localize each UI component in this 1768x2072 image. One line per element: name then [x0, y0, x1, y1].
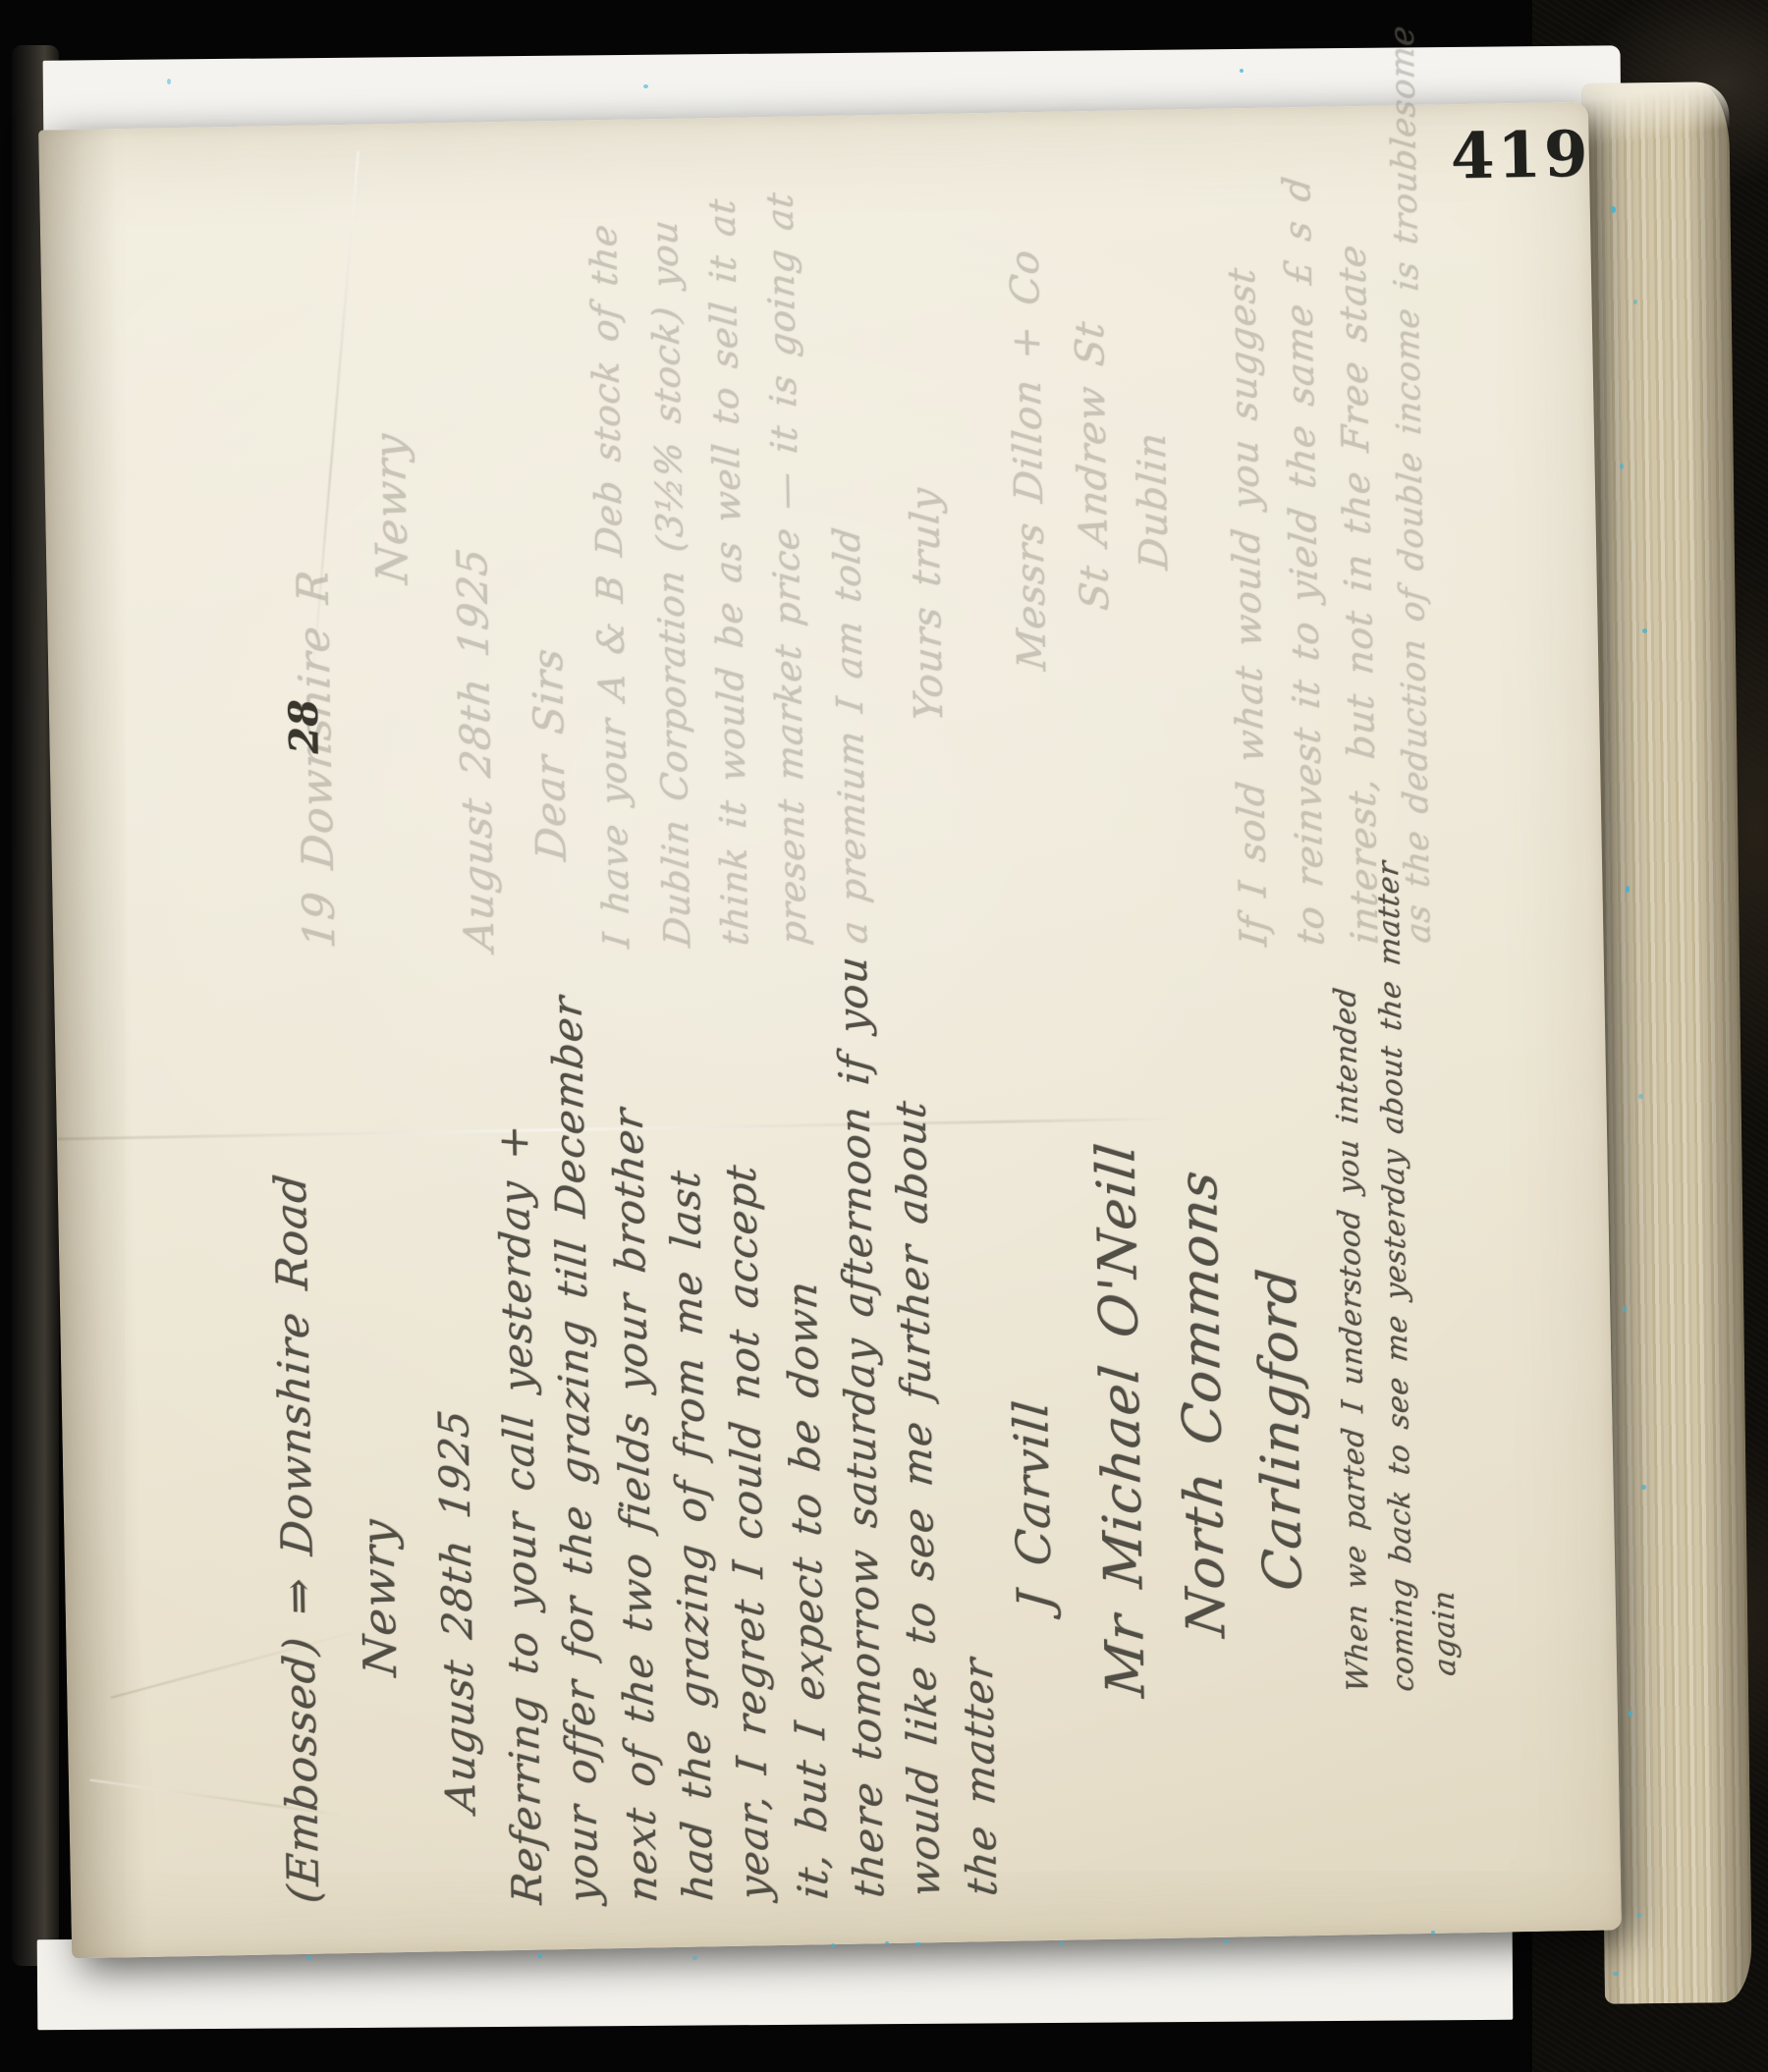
- letter-copy-faint: 19 Downshire RNewryAugust 28th 1925Dear …: [263, 123, 1448, 1009]
- handwritten-line: Newry: [347, 137, 439, 1009]
- handwritten-line: J Carvill: [993, 1091, 1074, 1922]
- handwritten-line: Yours truly: [884, 129, 968, 999]
- handwritten-line: Mr Michael O'Neill: [1075, 1088, 1171, 1921]
- handwritten-line: Newry: [330, 1102, 424, 1935]
- date-overwrite-mark: 28: [281, 699, 328, 755]
- handwritten-line: Carlingford: [1235, 1086, 1329, 1918]
- stacked-page-corners: [1581, 82, 1730, 152]
- page-number: 419: [1450, 118, 1591, 194]
- photo-background: 419 19 Downshire RNewryAugust 28th 1925D…: [0, 0, 1768, 2072]
- letterbook-page: 419 19 Downshire RNewryAugust 28th 1925D…: [38, 102, 1622, 1959]
- letter-copy-dark: (Embossed) ⇒ Downshire RoadNewryAugust 2…: [249, 1086, 1471, 1933]
